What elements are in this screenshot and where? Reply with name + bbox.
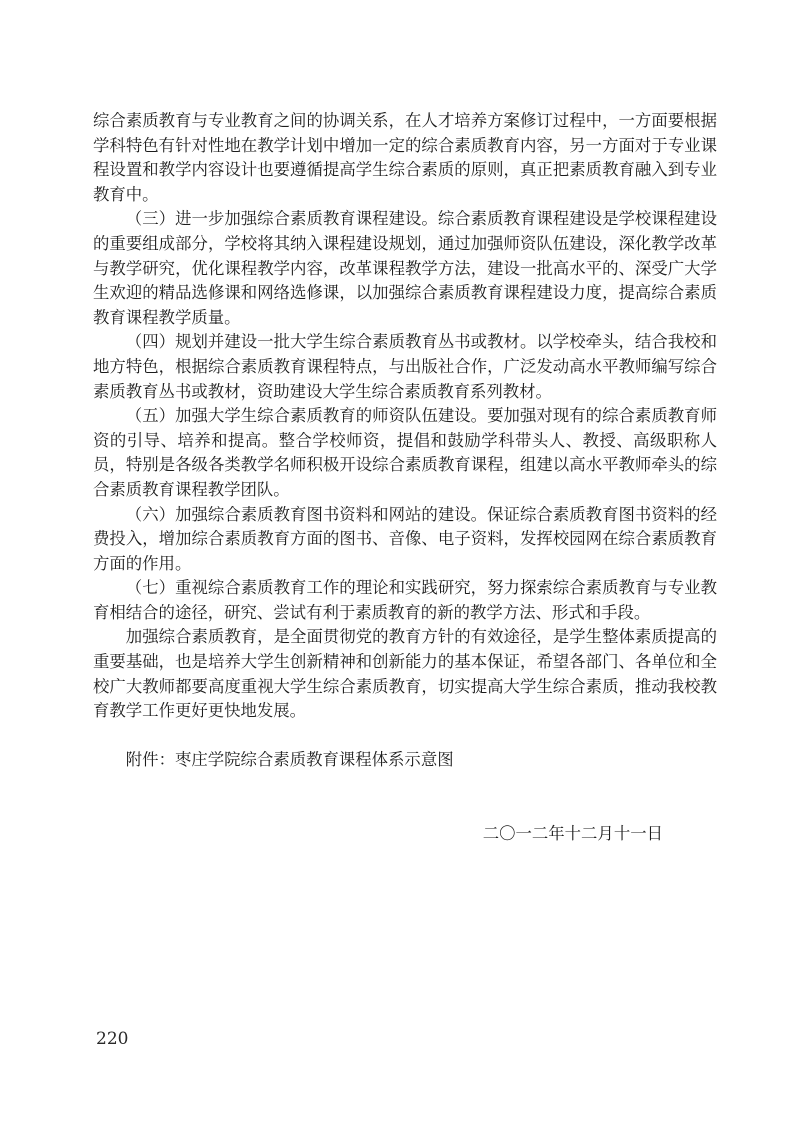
paragraph-item-7: （七）重视综合素质教育工作的理论和实践研究，努力探索综合素质教育与专业教育相结合… (93, 576, 717, 625)
document-page: 综合素质教育与专业教育之间的协调关系，在人才培养方案修订过程中，一方面要根据学科… (0, 0, 795, 1124)
paragraph-item-3: （三）进一步加强综合素质教育课程建设。综合素质教育课程建设是学校课程建设的重要组… (93, 207, 717, 330)
page-number: 220 (96, 1029, 128, 1049)
paragraph-item-5: （五）加强大学生综合素质教育的师资队伍建设。要加强对现有的综合素质教育师资的引导… (93, 404, 717, 502)
paragraph-closing: 加强综合素质教育，是全面贯彻党的教育方针的有效途径，是学生整体素质提高的重要基础… (93, 625, 717, 723)
date-line: 二〇一二年十二月十一日 (93, 822, 717, 847)
document-body: 综合素质教育与专业教育之间的协调关系，在人才培养方案修订过程中，一方面要根据学科… (93, 109, 717, 847)
paragraph-continuation: 综合素质教育与专业教育之间的协调关系，在人才培养方案修订过程中，一方面要根据学科… (93, 109, 717, 207)
paragraph-item-4: （四）规划并建设一批大学生综合素质教育丛书或教材。以学校牵头，结合我校和地方特色… (93, 330, 717, 404)
paragraph-item-6: （六）加强综合素质教育图书资料和网站的建设。保证综合素质教育图书资料的经费投入，… (93, 503, 717, 577)
attachment-line: 附件：枣庄学院综合素质教育课程体系示意图 (93, 748, 717, 773)
